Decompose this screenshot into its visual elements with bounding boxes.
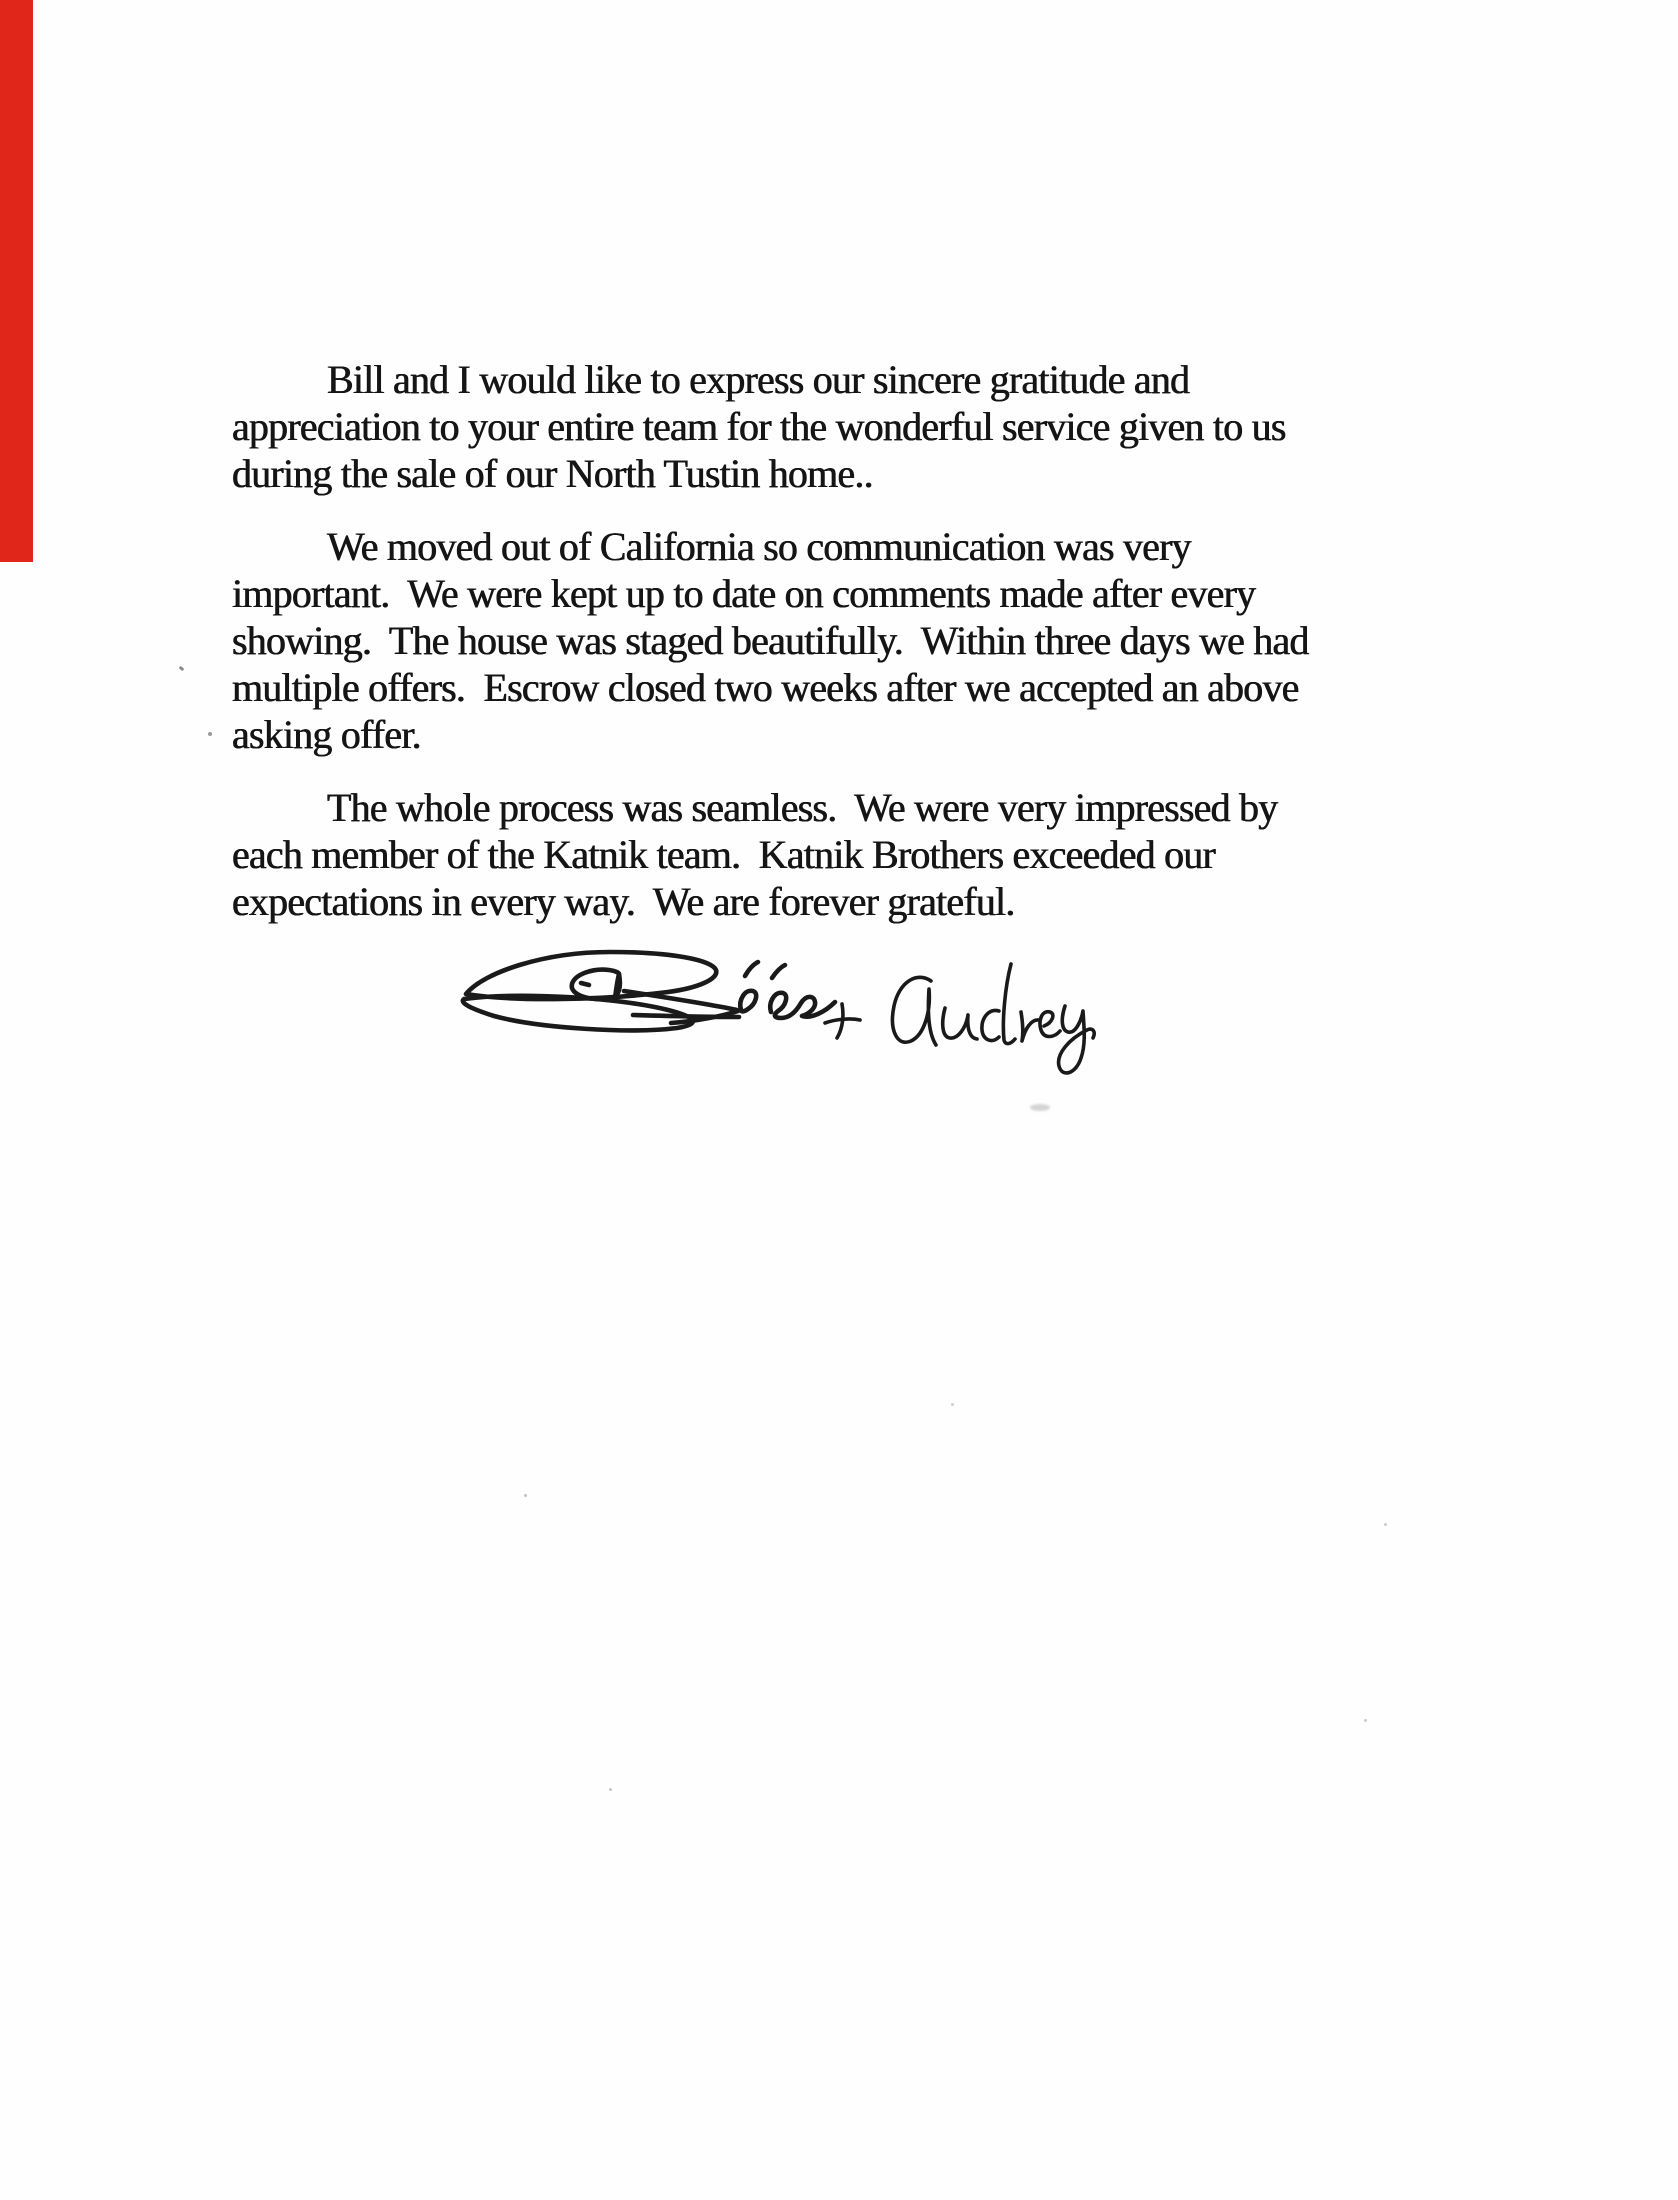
text-line: showing. The house was staged beautifull… (232, 617, 1512, 664)
signature-bill-flourish (463, 952, 835, 1030)
red-scan-artifact-strip (0, 0, 33, 562)
scan-speck (609, 1788, 612, 1791)
scan-speck (1364, 1719, 1367, 1722)
text-line: asking offer. (232, 711, 1512, 758)
text-line: important. We were kept up to date on co… (232, 570, 1512, 617)
signature-audrey (893, 964, 1095, 1073)
text-line: The whole process was seamless. We were … (232, 784, 1512, 831)
text-line: during the sale of our North Tustin home… (232, 450, 1512, 497)
scan-speck (1384, 1523, 1387, 1526)
scan-speck (208, 732, 212, 736)
signature-svg (440, 935, 1140, 1145)
scan-speck (179, 666, 185, 672)
paragraph: We moved out of California so communicat… (232, 523, 1512, 758)
letter-body: Bill and I would like to express our sin… (232, 356, 1512, 951)
text-line: Bill and I would like to express our sin… (232, 356, 1512, 403)
scanned-letter-page: Bill and I would like to express our sin… (0, 0, 1678, 2200)
text-line: expectations in every way. We are foreve… (232, 878, 1512, 925)
paragraph: The whole process was seamless. We were … (232, 784, 1512, 925)
text-line: multiple offers. Escrow closed two weeks… (232, 664, 1512, 711)
signature-bill-audrey (440, 935, 1140, 1145)
text-line: each member of the Katnik team. Katnik B… (232, 831, 1512, 878)
paragraph: Bill and I would like to express our sin… (232, 356, 1512, 497)
text-line: We moved out of California so communicat… (232, 523, 1512, 570)
scan-speck (524, 1494, 527, 1497)
text-line: appreciation to your entire team for the… (232, 403, 1512, 450)
scan-speck (951, 1403, 954, 1406)
